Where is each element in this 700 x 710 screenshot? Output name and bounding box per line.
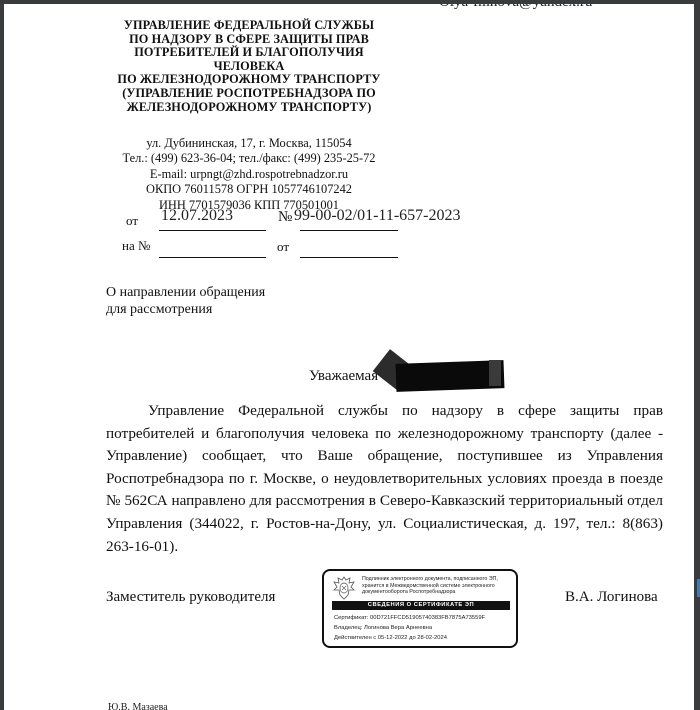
date-underline [159,230,266,231]
org-line: ЖЕЛЕЗНОДОРОЖНОМУ ТРАНСПОРТУ) [99,101,399,115]
org-line: ПО НАДЗОРУ В СФЕРЕ ЗАЩИТЫ ПРАВ [99,33,399,47]
date-value: 12.07.2023 [161,207,233,225]
stamp-note: Подлинник электронного документа, подпис… [362,576,516,596]
okpo-ogrn: ОКПО 76011578 ОГРН 1057746107242 [99,182,399,197]
greeting: Уважаемая [309,368,378,385]
number-value: 99-00-02/01-11-657-2023 [294,207,461,225]
stamp-header: СВЕДЕНИЯ О СЕРТИФИКАТЕ ЭП [332,601,510,610]
stamp-validity: Действителен с 05-12-2022 до 28-02-2024 [334,633,485,643]
document-page: Olya-fmnova@yandex.ru УПРАВЛЕНИЕ ФЕДЕРАЛ… [4,4,694,710]
org-line: ЧЕЛОВЕКА [99,60,399,74]
subject-line: О направлении обращения [106,284,265,301]
org-line: УПРАВЛЕНИЕ ФЕДЕРАЛЬНОЙ СЛУЖБЫ [99,19,399,33]
letterhead-contacts: ул. Дубининская, 17, г. Москва, 115054 Т… [99,136,399,213]
number-underline [300,230,398,231]
letter-body: Управление Федеральной службы по надзору… [106,400,663,558]
date-label: от [126,213,138,229]
viewer-scrollbar[interactable] [694,0,700,710]
ref-date-underline [300,257,398,258]
coat-of-arms-icon [332,575,356,601]
ref-number-underline [159,257,266,258]
stamp-note-line: хранится в Межведомственной системе элек… [362,583,516,590]
phone: Тел.: (499) 623-36-04; тел./факс: (499) … [99,151,399,166]
body-paragraph: Управление Федеральной службы по надзору… [106,400,663,558]
email: E-mail: urpngt@zhd.rospotrebnadzor.ru [99,167,399,182]
signer-name: В.А. Логинова [565,589,658,606]
stamp-details: Сертификат: 00D721FFCD51905740383FB7875A… [334,613,485,643]
stamp-certificate: Сертификат: 00D721FFCD51905740383FB7875A… [334,613,485,623]
subject: О направлении обращения для рассмотрения [106,284,265,318]
org-line: ПОТРЕБИТЕЛЕЙ И БЛАГОПОЛУЧИЯ [99,46,399,60]
letterhead-org-name: УПРАВЛЕНИЕ ФЕДЕРАЛЬНОЙ СЛУЖБЫ ПО НАДЗОРУ… [99,19,399,114]
ref-number-label: на № [122,238,150,254]
number-label: № [278,209,292,226]
subject-line: для рассмотрения [106,301,265,318]
executor-name: Ю.В. Мазаева [108,702,168,710]
ref-date-label: от [277,239,289,255]
stamp-owner: Владелец: Логинова Вера Арнеевна [334,623,485,633]
stamp-note-line: Подлинник электронного документа, подпис… [362,576,516,583]
org-line: ПО ЖЕЛЕЗНОДОРОЖНОМУ ТРАНСПОРТУ [99,73,399,87]
redaction-mark [489,360,501,386]
stamp-note-line: документооборота Роспотребнадзора [362,589,516,596]
recipient-email-partial: Olya-fmnova@yandex.ru [439,4,592,11]
address: ул. Дубининская, 17, г. Москва, 115054 [99,136,399,151]
e-signature-stamp: Подлинник электронного документа, подпис… [322,569,518,648]
signer-position: Заместитель руководителя [106,589,275,606]
org-line: (УПРАВЛЕНИЕ РОСПОТРЕБНАДЗОРА ПО [99,87,399,101]
